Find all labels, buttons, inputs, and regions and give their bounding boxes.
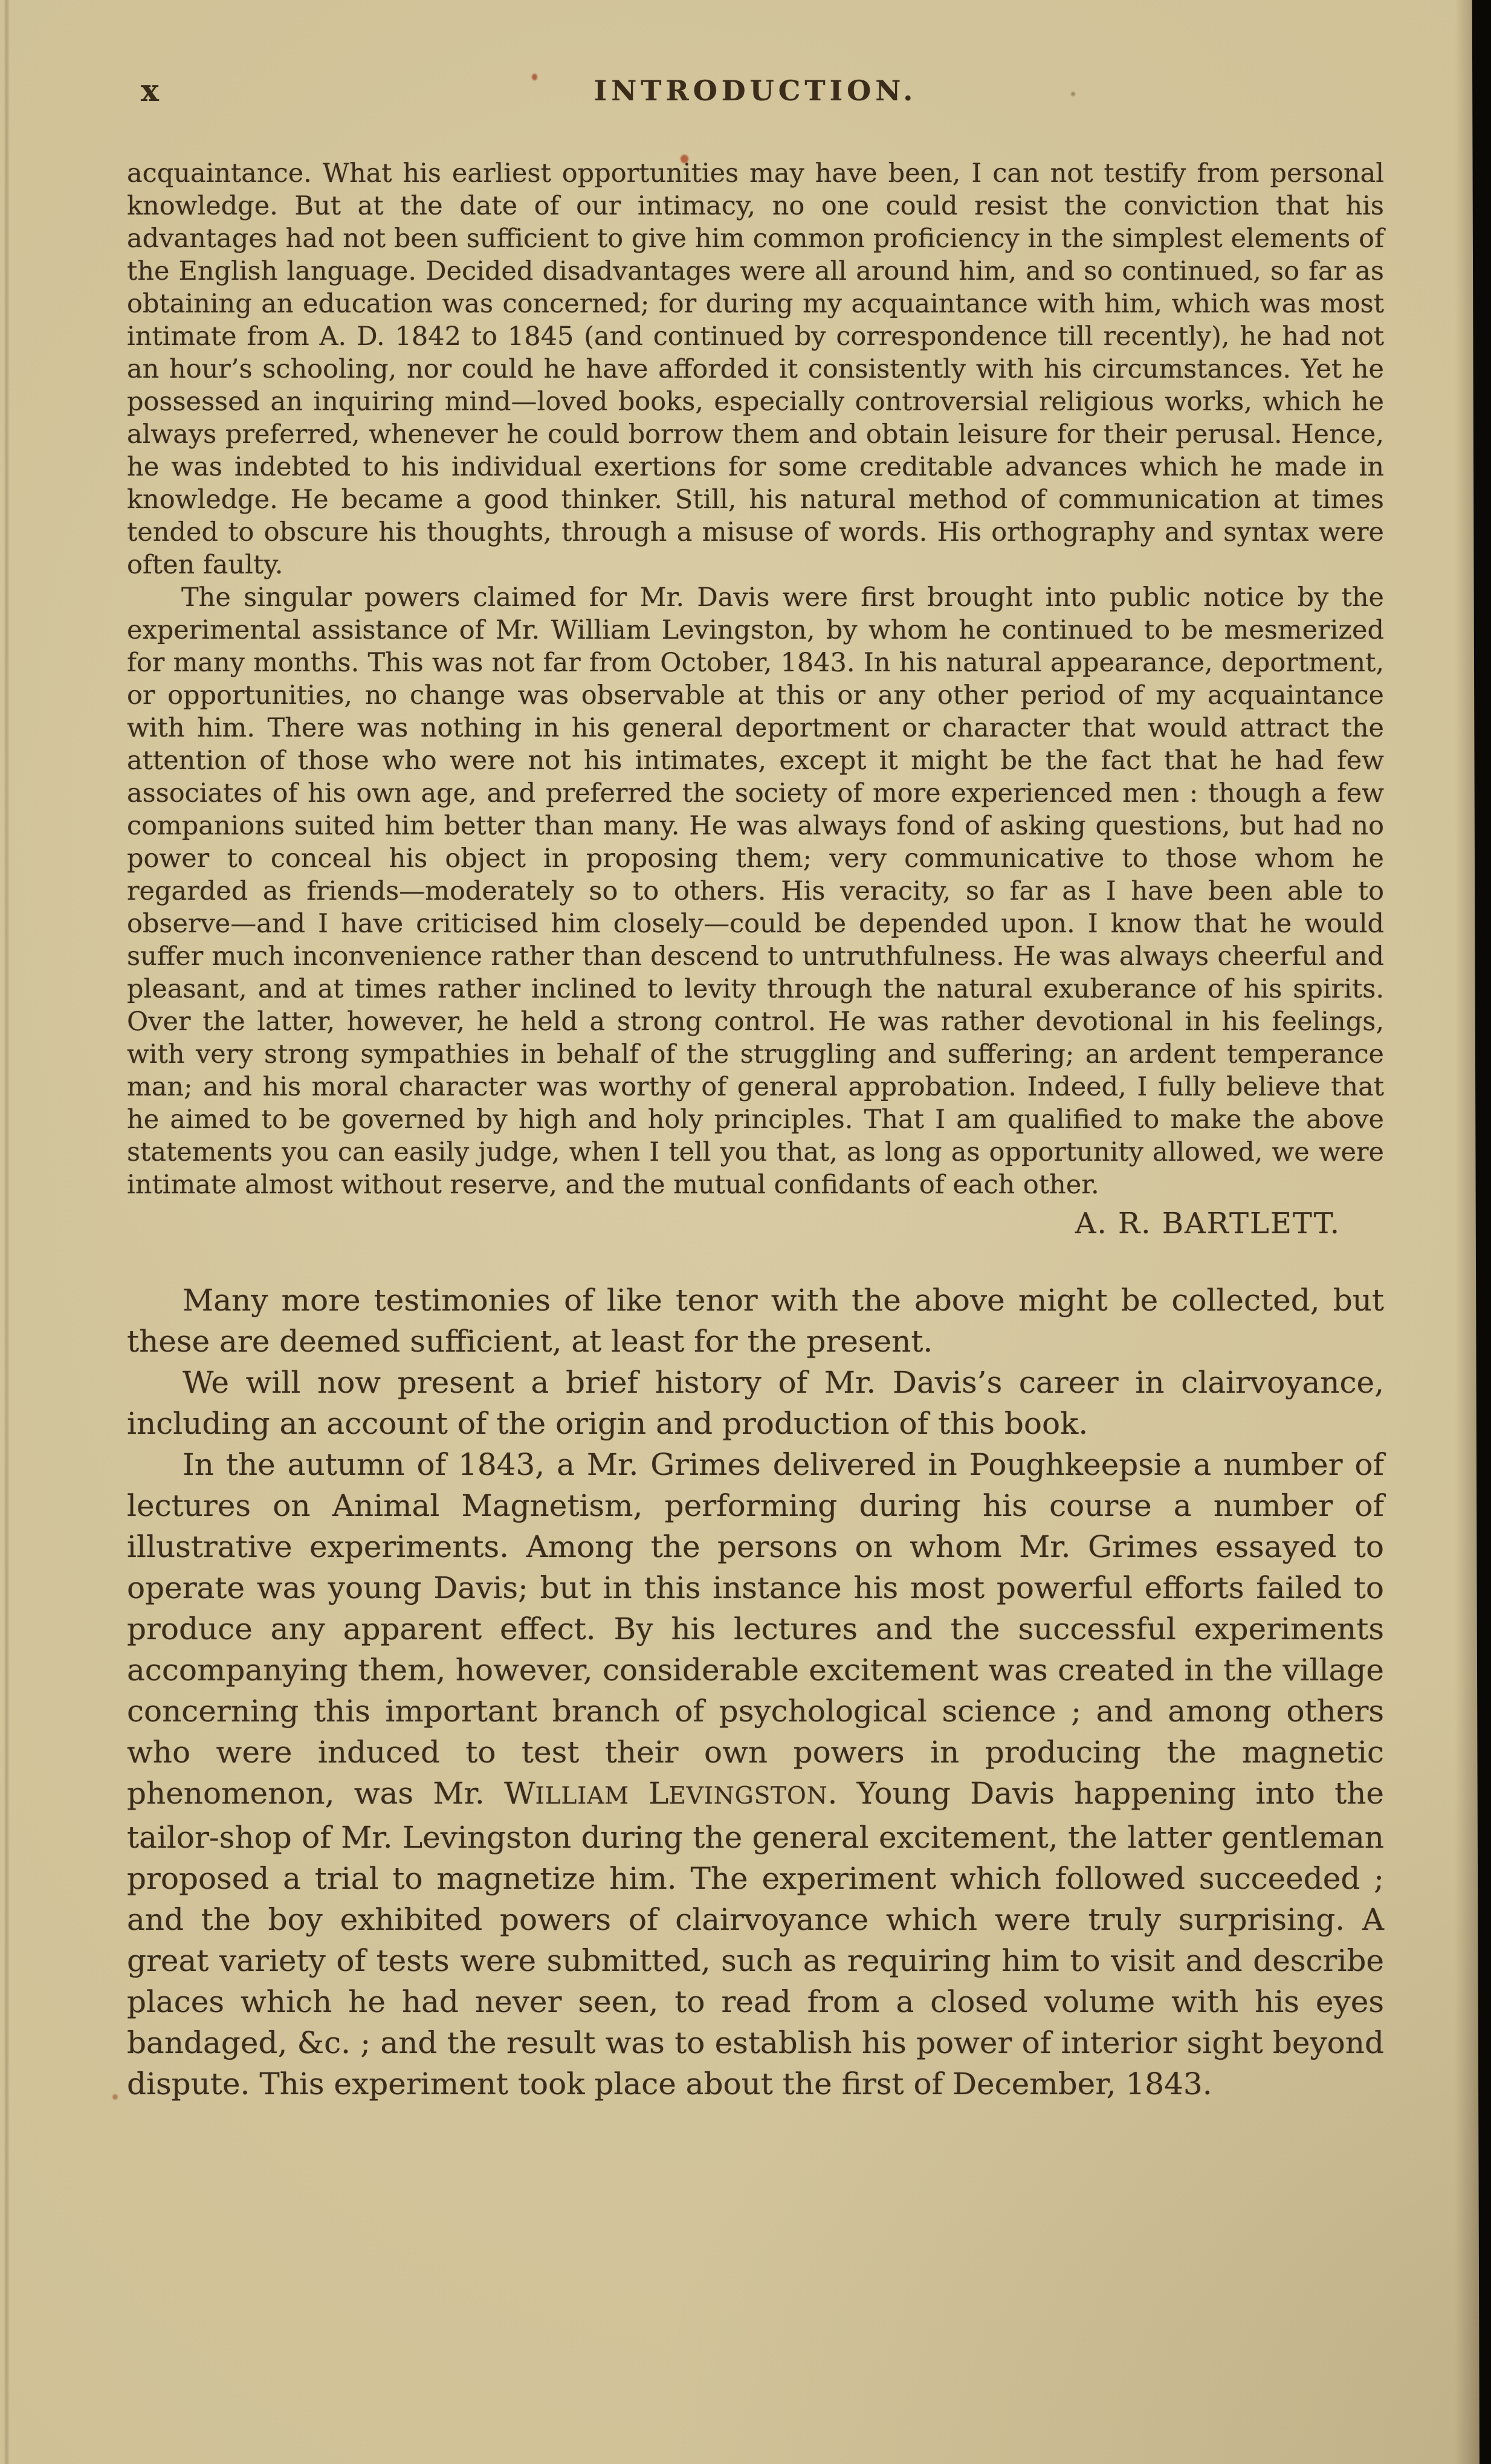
running-head-title: INTRODUCTION. — [127, 74, 1384, 108]
book-page-scan: x INTRODUCTION. acquaintance. What his e… — [0, 0, 1491, 2464]
text-column: acquaintance. What his earliest opportun… — [127, 157, 1384, 2104]
paper-crease — [4, 0, 10, 2464]
paragraph: acquaintance. What his earliest opportun… — [127, 157, 1384, 581]
paper-speck — [112, 2094, 118, 2100]
paragraph: In the autumn of 1843, a Mr. Grimes deli… — [127, 1444, 1384, 2104]
paragraph: Many more testimonies of like tenor with… — [127, 1280, 1384, 1362]
testimonial-letter-body: acquaintance. What his earliest opportun… — [127, 157, 1384, 1201]
paragraph: The singular powers claimed for Mr. Davi… — [127, 581, 1384, 1201]
main-narrative-body: Many more testimonies of like tenor with… — [127, 1280, 1384, 2104]
paragraph: We will now present a brief history of M… — [127, 1362, 1384, 1444]
paper-speck — [532, 74, 537, 80]
paper-speck — [1071, 92, 1075, 96]
letter-signature: A. R. BARTLETT. — [127, 1206, 1384, 1241]
paper-speck — [681, 155, 688, 163]
